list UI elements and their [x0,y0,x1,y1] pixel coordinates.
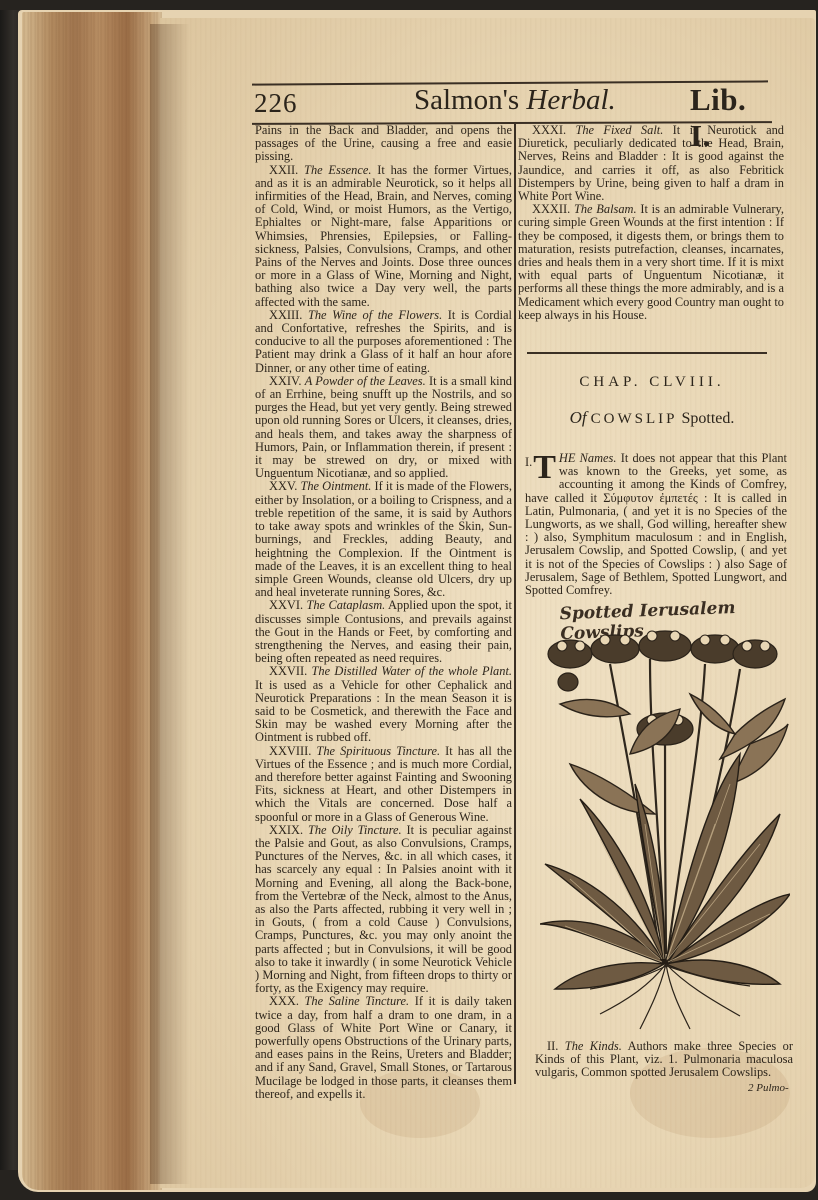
catchword: 2 Pulmo- [748,1082,789,1094]
section-the-names: I. T HE Names. It does not appear that t… [525,452,787,597]
paragraph-xxviii: XXVIII. The Spirituous Tincture. It has … [255,745,512,824]
paragraph-xxvii: XXVII. The Distilled Water of the whole … [255,665,512,744]
section-the-kinds: II. The Kinds. Authors make three Specie… [535,1040,793,1080]
drop-cap: T [533,454,556,482]
paragraph-xxxii: XXXII. The Balsam. It is an admirable Vu… [518,203,784,322]
paragraph-xxv: XXV. The Ointment. If it is made of the … [255,480,512,599]
page-number: 226 [254,88,298,119]
paragraph-xxvi: XXVI. The Cataplasm. Applied upon the sp… [255,599,512,665]
chapter-heading: CHAP. CLVIII. [520,374,784,391]
column-divider [514,124,516,1084]
cowslip-plant-icon [540,624,790,1034]
paragraph-xxx: XXX. The Saline Tincture. If it is daily… [255,995,512,1101]
paragraph-xxxi: XXXI. The Fixed Salt. It is Neurotick an… [518,124,784,203]
right-column-top: XXXI. The Fixed Salt. It is Neurotick an… [518,124,784,322]
page-fore-edge [22,12,162,1190]
running-head: 226 Salmon's Herbal. Lib. I. [252,68,772,124]
running-title: Salmon's Herbal. [414,84,616,117]
chapter-rule [527,352,767,354]
left-column: Pains in the Back and Bladder, and opens… [255,124,512,1101]
paragraph-xxiv: XXIV. A Powder of the Leaves. It is a sm… [255,375,512,481]
paragraph-xxiii: XXIII. The Wine of the Flowers. It is Co… [255,309,512,375]
paragraph-xxix: XXIX. The Oily Tincture. It is peculiar … [255,824,512,996]
paragraph-xxii: XXII. The Essence. It has the former Vir… [255,164,512,309]
gutter-shadow [150,24,190,1184]
woodcut-illustration [540,624,790,1034]
paragraph-continued: Pains in the Back and Bladder, and opens… [255,124,512,164]
chapter-subtitle: Of COWSLIP Spotted. [520,408,784,428]
